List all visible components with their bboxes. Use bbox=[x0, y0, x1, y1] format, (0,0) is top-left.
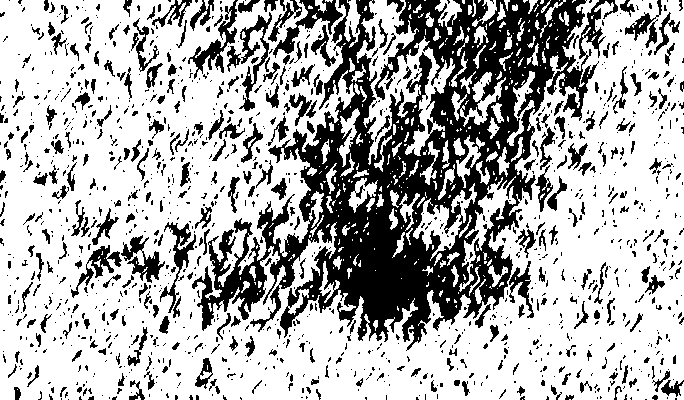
screenshot-root bbox=[0, 0, 684, 400]
halftone-photo-canvas bbox=[0, 0, 684, 400]
dithered-photo-figure bbox=[0, 0, 684, 400]
